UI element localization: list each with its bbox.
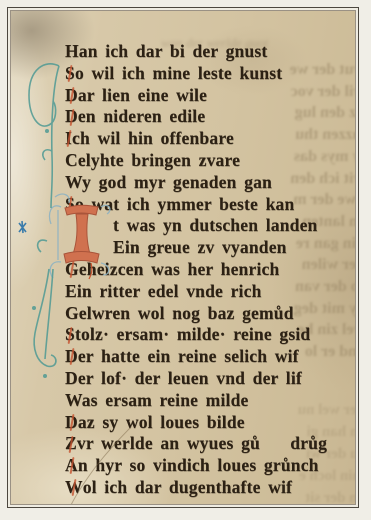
text-line: Wol ich dar dugenthafte wif [65,477,356,499]
parchment-page: wan der werlde guot wut der wewil der vo… [10,10,356,505]
text-line: Was ersam reine milde [65,390,356,412]
text-line: Wy god myr genaden gan [65,172,356,194]
rubric-capital: G [65,259,79,281]
text-line: Ich wil hin offenbare [65,128,356,150]
pen-flourish [29,64,59,378]
text-line: Celyhte bringen zvare [65,150,356,172]
margin-mark-icon [19,221,26,233]
text-line: Daz sy wol loues bilde [65,412,356,434]
rubric-capital: D [65,106,78,128]
rubric-capital: S [65,194,75,216]
text-line: Dar lien eine wile [65,85,356,107]
rubric-capital: I [65,128,72,150]
text-line: Ein ritter edel vnde rich [65,281,356,303]
rubric-capital: Z [65,433,77,455]
text-line: t was yn dutschen landen [65,215,356,237]
rubric-capital: D [65,85,78,107]
text-line: Stolz· ersam· milde· reine gsid [65,324,356,346]
photo-frame: wan der werlde guot wut der wewil der vo… [7,7,359,508]
text-line: Den nideren edile [65,106,356,128]
text-line: Han ich dar bi der gnust [65,41,356,63]
text-line: An hyr so vindich loues grůnch [65,455,356,477]
rubric-capital: S [65,324,75,346]
text-line: Ein greue zv vyanden [65,237,356,259]
text-line: Geheizcen was her henrich [65,259,356,281]
text-line: So wil ich mine leste kunst [65,63,356,85]
text-line: Gelwren wol nog baz gemůd [65,303,356,325]
rubric-capital: S [65,63,75,85]
rubric-capital: D [65,346,78,368]
text-line: Zvr werlde an wyues gů drůg [65,433,356,455]
text-line: So wat ich ymmer beste kan [65,194,356,216]
text-line: Der lof· der leuen vnd der lif [65,368,356,390]
text-line: Der hatte ein reine selich wif [65,346,356,368]
text-block: Han ich dar bi der gnustSo wil ich mine … [65,41,356,499]
rubric-capital: A [65,455,78,477]
rubric-capital: W [65,477,83,499]
manuscript-photo: wan der werlde guot wut der wewil der vo… [0,0,371,520]
rubric-capital: D [65,412,78,434]
